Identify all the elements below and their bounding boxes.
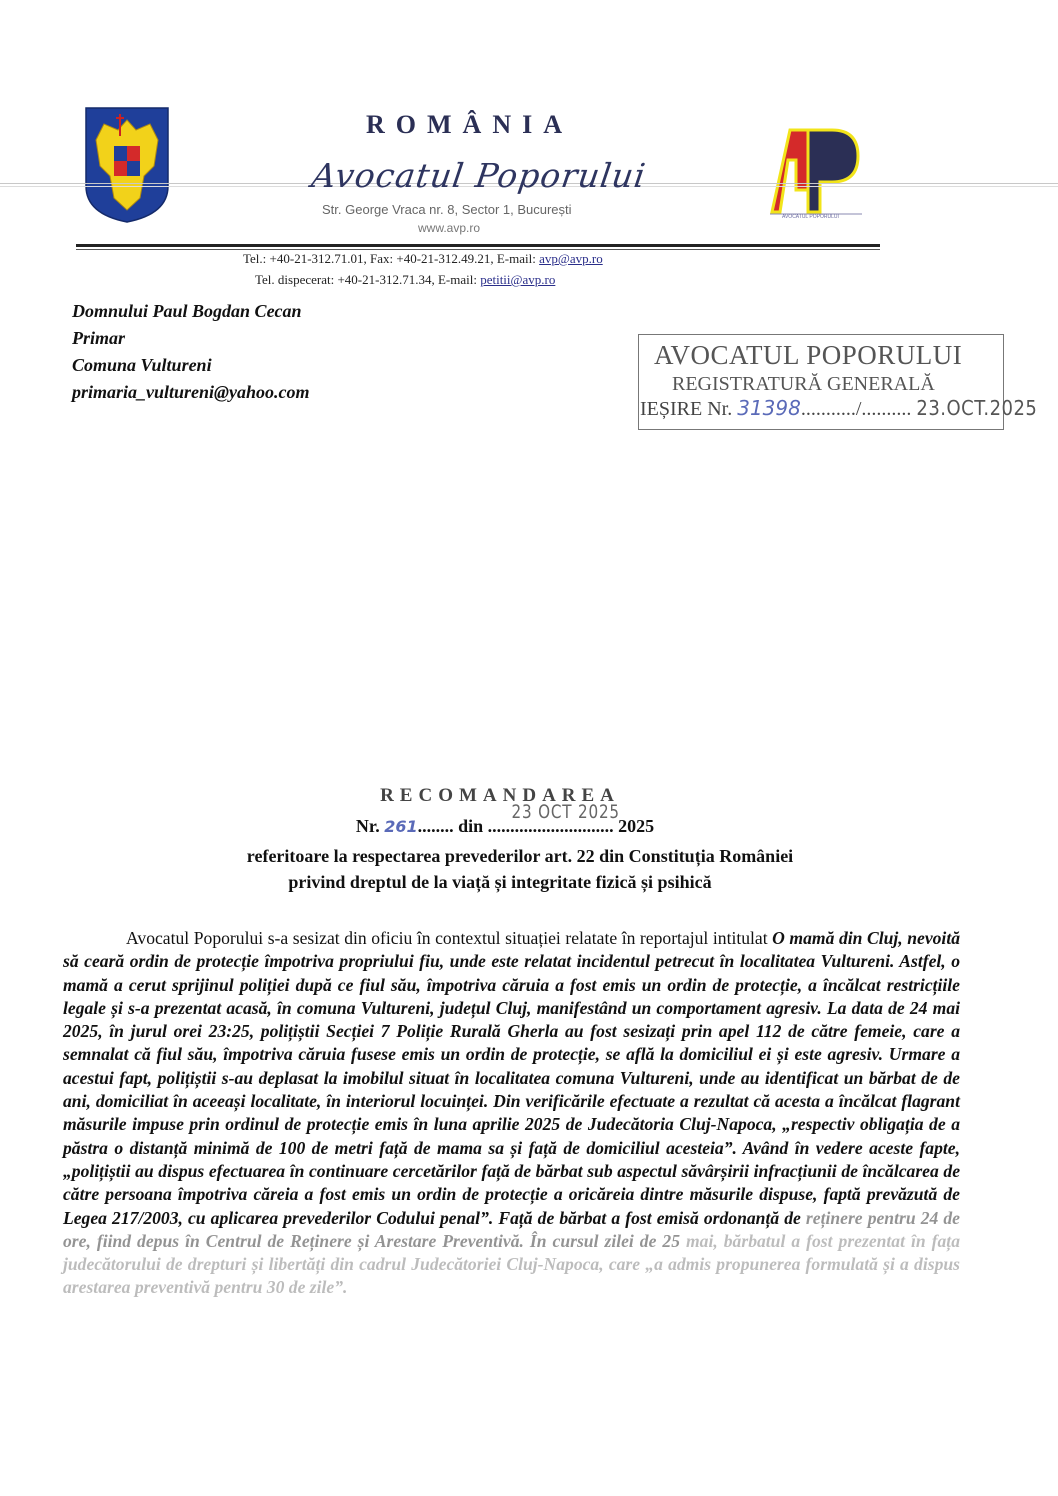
recipient-locality: Comuna Vultureni: [72, 352, 310, 379]
din-dots: ............................: [488, 816, 614, 836]
recipient-role: Primar: [72, 325, 310, 352]
din-label: din: [458, 816, 483, 836]
svg-text:AVOCATUL POPORULUI: AVOCATUL POPORULUI: [782, 214, 839, 220]
institution-address: Str. George Vraca nr. 8, Sector 1, Bucur…: [322, 202, 572, 217]
body-text: Avocatul Poporului s-a sesizat din ofici…: [63, 927, 960, 1300]
recipient-email: primaria_vultureni@yahoo.com: [72, 379, 310, 406]
nr-label: Nr.: [356, 816, 380, 836]
stamp-label: IEȘIRE Nr.: [640, 398, 732, 420]
country-name: ROMÂNIA: [366, 110, 573, 140]
document-type: RECOMANDAREA: [0, 785, 1000, 807]
institution-name: Avocatul Poporului: [309, 156, 648, 195]
header-divider-bottom-2: [76, 249, 880, 250]
nr-value: 261: [384, 817, 417, 836]
header-divider-bottom: [76, 244, 880, 247]
stamp-subtitle: REGISTRATURĂ GENERALĂ: [672, 373, 935, 396]
contact-phone-fax: Tel.: +40-21-312.71.01, Fax: +40-21-312.…: [243, 251, 539, 266]
stamp-registration-line: IEȘIRE Nr. 31398.........../.......... 2…: [640, 396, 1037, 421]
stamp-separator: .........../..........: [801, 398, 912, 420]
coat-of-arms-icon: [84, 106, 170, 224]
institution-website: www.avp.ro: [418, 221, 480, 235]
document-number-line: Nr. 261........ din ....................…: [0, 816, 1010, 837]
contact-line-2: Tel. dispecerat: +40-21-312.71.34, E-mai…: [255, 272, 555, 288]
document-subtitle-2: privind dreptul de la viață și integrita…: [0, 872, 1000, 893]
document-year: 2025: [618, 816, 654, 836]
stamp-date: 23.OCT.2025: [916, 396, 1037, 420]
document-subtitle-1: referitoare la respectarea prevederilor …: [0, 846, 1040, 867]
contact-line-1: Tel.: +40-21-312.71.01, Fax: +40-21-312.…: [243, 251, 603, 267]
recipient-block: Domnului Paul Bogdan Cecan Primar Comuna…: [72, 298, 310, 406]
stamp-title: AVOCATUL POPORULUI: [654, 340, 962, 371]
body-narrative: O mamă din Cluj, nevoită să ceară ordin …: [63, 928, 960, 1228]
body-paragraph: Avocatul Poporului s-a sesizat din ofici…: [63, 927, 960, 1300]
body-intro: Avocatul Poporului s-a sesizat din ofici…: [126, 928, 772, 948]
recipient-name: Domnului Paul Bogdan Cecan: [72, 298, 310, 325]
stamp-number: 31398: [737, 396, 801, 420]
contact-dispatch: Tel. dispecerat: +40-21-312.71.34, E-mai…: [255, 272, 480, 287]
email-link-avp[interactable]: avp@avp.ro: [539, 251, 603, 266]
nr-dots: ........: [418, 816, 454, 836]
email-link-petitii[interactable]: petitii@avp.ro: [480, 272, 555, 287]
avp-logo-icon: AVOCATUL POPORULUI: [762, 120, 866, 220]
